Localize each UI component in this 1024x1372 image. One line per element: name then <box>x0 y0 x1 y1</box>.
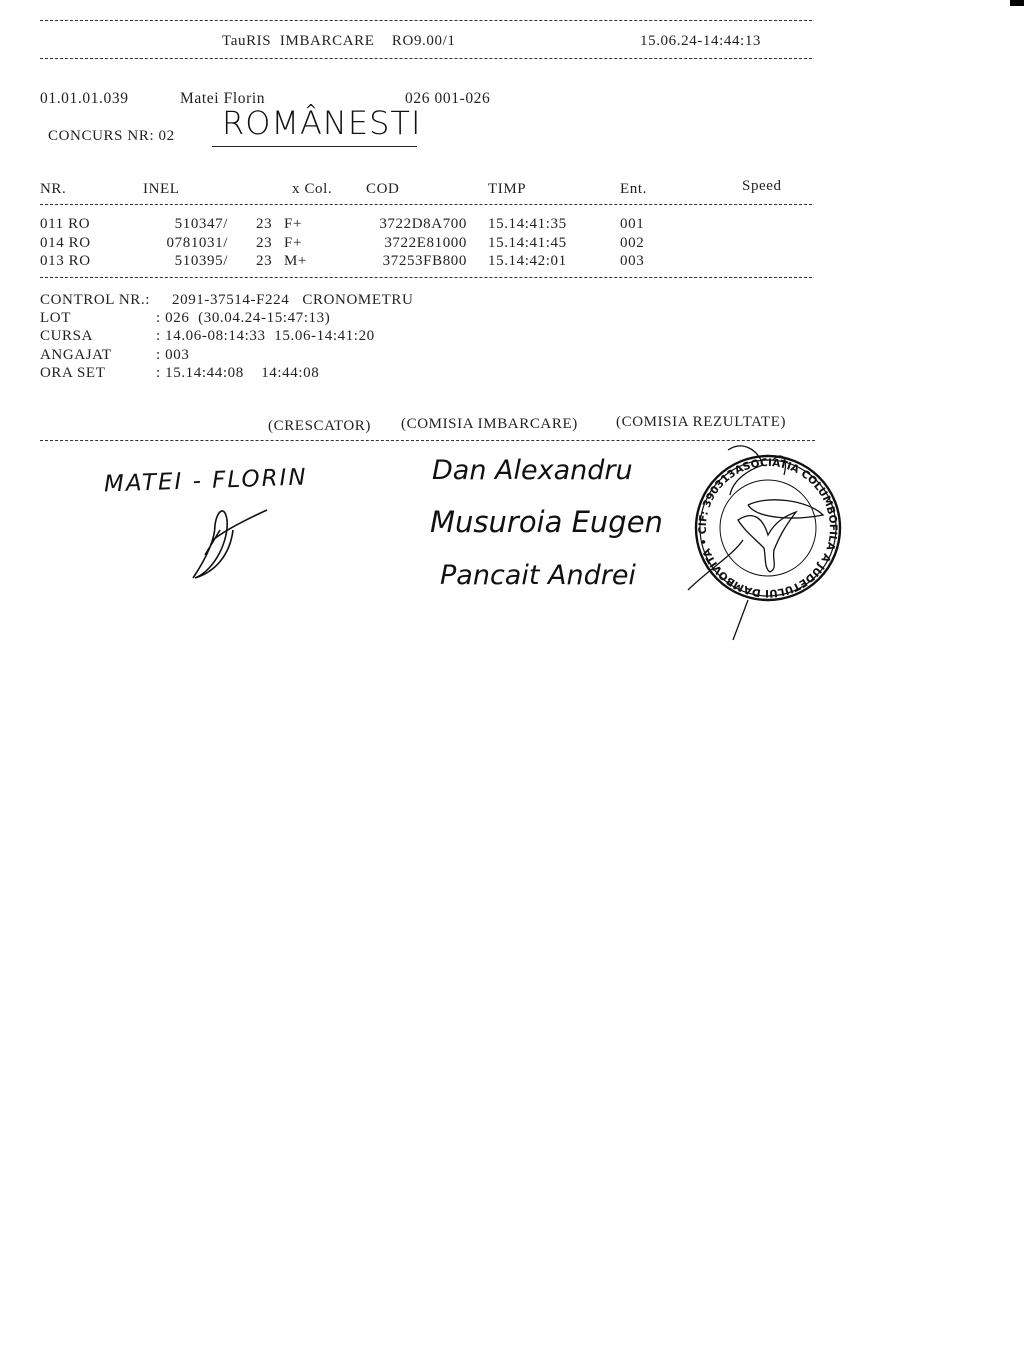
crescator-signature <box>185 500 285 590</box>
column-header: Speed <box>742 178 782 195</box>
divider <box>40 204 812 205</box>
cell-ent: 001 <box>620 216 644 233</box>
scan-artifact <box>1010 0 1024 6</box>
cell-nr: 013 RO <box>40 253 91 270</box>
printed-timestamp: 15.06.24-14:44:13 <box>640 33 761 50</box>
divider <box>40 277 812 278</box>
cell-nr: 011 RO <box>40 216 90 233</box>
cell-ent: 002 <box>620 235 644 252</box>
location-underline <box>212 146 417 147</box>
cell-col: M+ <box>284 253 307 270</box>
cell-cod: 37253FB800 <box>383 253 467 270</box>
detail-label: CONTROL NR.: <box>40 292 150 309</box>
cell-nr: 014 RO <box>40 235 91 252</box>
association-stamp: ASOCIATIA COLUMBOFILA A JUDETULUI DAMBOV… <box>688 440 848 610</box>
column-header: x Col. <box>292 181 332 198</box>
contest-label: CONCURS NR: 02 <box>48 128 175 145</box>
column-header: NR. <box>40 181 66 198</box>
cell-col: F+ <box>284 235 302 252</box>
fancier-code: 01.01.01.039 <box>40 90 129 108</box>
detail-label: ORA SET <box>40 365 105 382</box>
cell-timp: 15.14:41:35 <box>488 216 567 233</box>
column-header: TIMP <box>488 181 526 198</box>
committee-signature-2: Musuroia Eugen <box>430 505 663 539</box>
system-name: TauRIS IMBARCARE RO9.00/1 <box>222 33 455 50</box>
cell-timp: 15.14:42:01 <box>488 253 567 270</box>
detail-label: ANGAJAT <box>40 347 112 364</box>
detail-value: : 026 (30.04.24-15:47:13) <box>156 310 330 327</box>
cell-cod: 3722D8A700 <box>379 216 467 233</box>
cell-cod: 3722E81000 <box>384 235 467 252</box>
detail-label: CURSA <box>40 328 93 345</box>
column-header: Ent. <box>620 181 647 198</box>
cell-inel: 510395/ <box>175 253 228 270</box>
divider <box>40 20 812 21</box>
detail-label: LOT <box>40 310 71 327</box>
committee-signature-3: Pancait Andrei <box>440 560 636 591</box>
detail-value: 2091-37514-F224 CRONOMETRU <box>172 292 413 309</box>
divider <box>40 58 812 59</box>
committee-signature-1: Dan Alexandru <box>432 455 633 486</box>
column-header: COD <box>366 181 399 198</box>
cell-year: 23 <box>256 235 272 252</box>
detail-value: : 003 <box>156 347 189 364</box>
label-comisia-rezultate: (COMISIA REZULTATE) <box>616 414 786 431</box>
detail-value: : 14.06-08:14:33 15.06-14:41:20 <box>156 328 375 345</box>
cell-col: F+ <box>284 216 302 233</box>
cell-year: 23 <box>256 253 272 270</box>
label-comisia-imbarcare: (COMISIA IMBARCARE) <box>401 416 578 433</box>
label-crescator: (CRESCATOR) <box>268 418 371 435</box>
cell-inel: 0781031/ <box>167 235 228 252</box>
handwritten-crescator-name: MATEI - FLORIN <box>104 464 308 497</box>
cell-year: 23 <box>256 216 272 233</box>
contest-location-handwritten: ROMÂNESTI <box>222 104 421 142</box>
detail-value: : 15.14:44:08 14:44:08 <box>156 365 319 382</box>
cell-timp: 15.14:41:45 <box>488 235 567 252</box>
cell-inel: 510347/ <box>175 216 228 233</box>
cell-ent: 003 <box>620 253 644 270</box>
column-header: INEL <box>143 181 180 198</box>
